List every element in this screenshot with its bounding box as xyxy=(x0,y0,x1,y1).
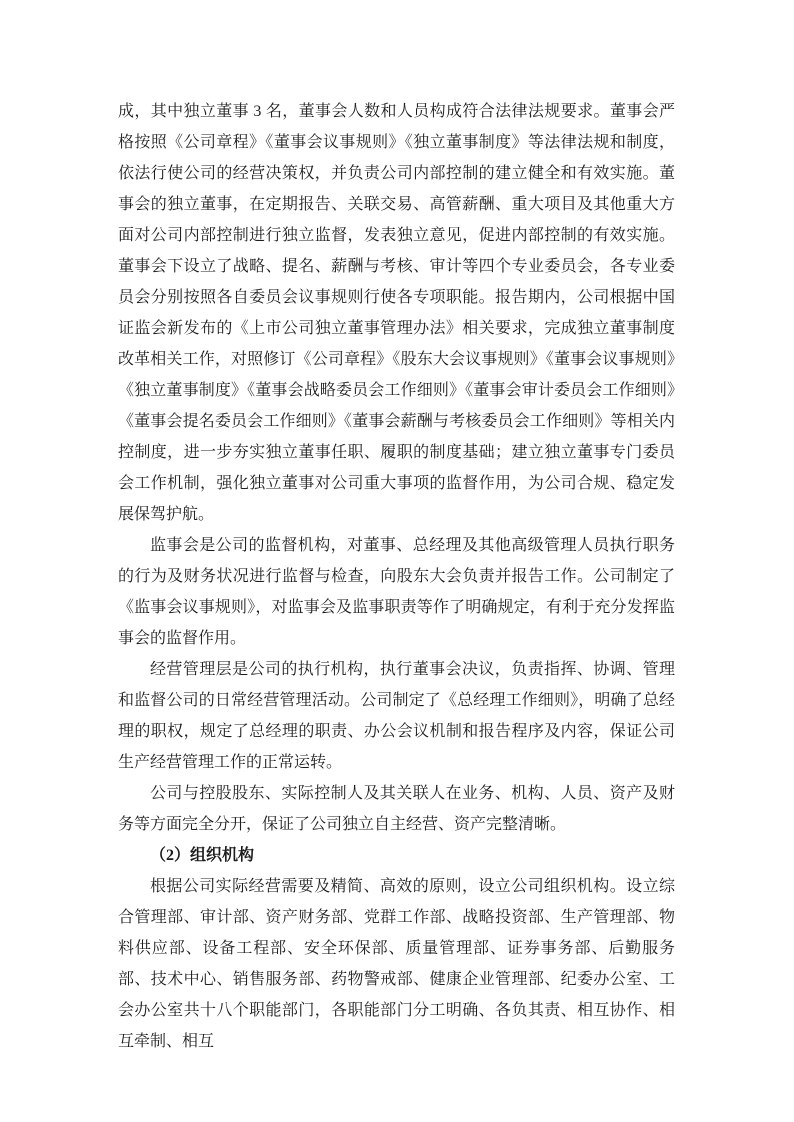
paragraph-management-layer: 经营管理层是公司的执行机构，执行董事会决议，负责指挥、协调、管理和监督公司的日常… xyxy=(118,654,675,778)
paragraph-company-independence: 公司与控股股东、实际控制人及其关联人在业务、机构、人员、资产及财务等方面完全分开… xyxy=(118,778,675,840)
paragraph-board-of-directors: 成，其中独立董事 3 名，董事会人数和人员构成符合法律法规要求。董事会严格按照《… xyxy=(118,96,675,530)
document-page: 成，其中独立董事 3 名，董事会人数和人员构成符合法律法规要求。董事会严格按照《… xyxy=(0,0,794,1122)
paragraph-supervisory-board: 监事会是公司的监督机构，对董事、总经理及其他高级管理人员执行职务的行为及财务状况… xyxy=(118,530,675,654)
section-heading-organization-structure: （2）组织机构 xyxy=(118,840,675,871)
page-text-block: 成，其中独立董事 3 名，董事会人数和人员构成符合法律法规要求。董事会严格按照《… xyxy=(118,96,675,1057)
paragraph-organization-departments: 根据公司实际经营需要及精简、高效的原则，设立公司组织机构。设立综合管理部、审计部… xyxy=(118,871,675,1057)
